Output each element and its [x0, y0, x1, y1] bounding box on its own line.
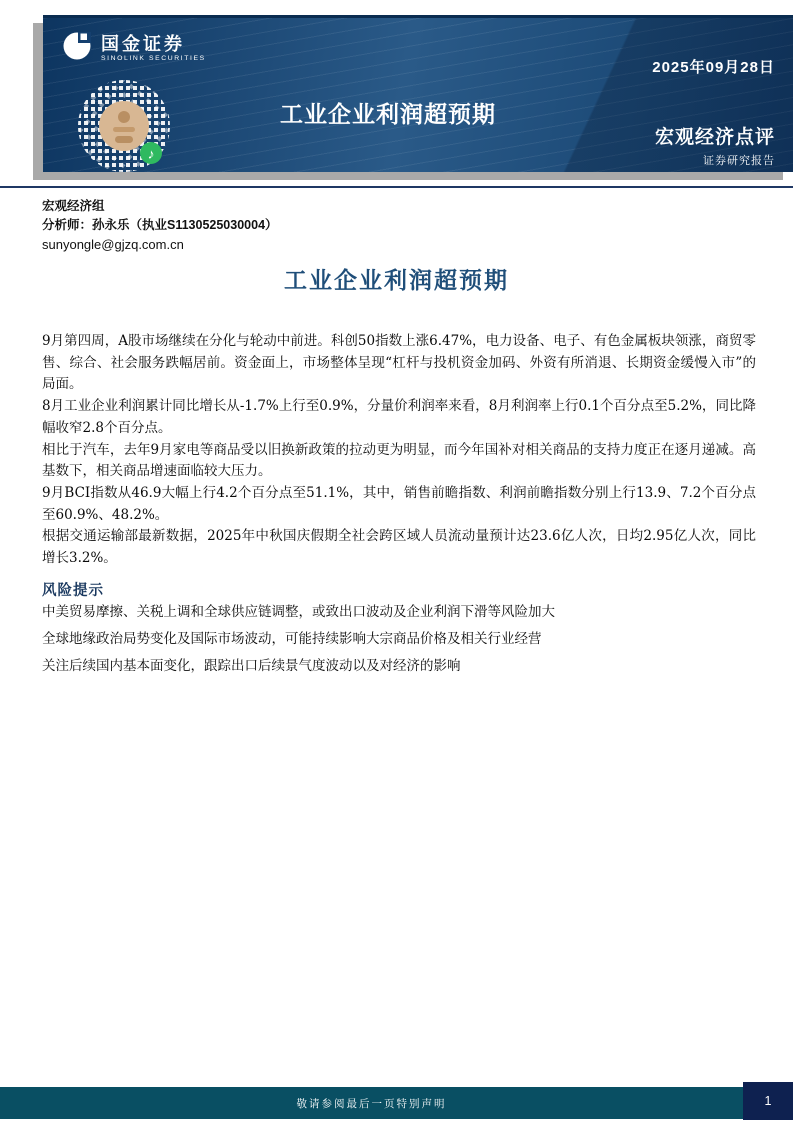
- document-body: 9月第四周，A股市场继续在分化与轮动中前进。科创50指数上涨6.47%，电力设备…: [42, 331, 756, 677]
- risk-item: 全球地缘政治局势变化及国际市场波动，可能持续影响大宗商品价格及相关行业经营: [42, 629, 756, 650]
- company-logo: 国金证券 SINOLINK SECURITIES: [61, 30, 206, 67]
- report-subtype-label: 证券研究报告: [703, 152, 775, 168]
- paragraph: 根据交通运输部最新数据，2025年中秋国庆假期全社会跨区域人员流动量预计达23.…: [42, 526, 756, 569]
- paragraph: 9月BCI指数从46.9大幅上行4.2个百分点至51.1%，其中，销售前瞻指数、…: [42, 483, 756, 526]
- report-type-label: 宏观经济点评: [655, 122, 775, 149]
- header-divider: [0, 186, 793, 188]
- banner-title: 工业企业利润超预期: [43, 96, 733, 129]
- paragraph: 8月工业企业利润累计同比增长从-1.7%上行至0.9%，分量价利润率来看，8月利…: [42, 396, 756, 439]
- analyst-email-link[interactable]: sunyongle@gjzq.com.cn: [42, 237, 184, 252]
- risk-item: 关注后续国内基本面变化，跟踪出口后续景气度波动以及对经济的影响: [42, 656, 756, 677]
- logo-name-en: SINOLINK SECURITIES: [101, 54, 206, 63]
- footer-disclaimer-bar: 敬请参阅最后一页特别声明: [0, 1087, 743, 1119]
- risk-section-heading: 风险提示: [42, 581, 756, 603]
- sinolink-logo-icon: [61, 30, 93, 67]
- report-page: 国金证券 SINOLINK SECURITIES 2025年09月28日: [0, 0, 793, 1122]
- risk-item: 中美贸易摩擦、关税上调和全球供应链调整，或致出口波动及企业利润下滑等风险加大: [42, 602, 756, 623]
- header-banner: 国金证券 SINOLINK SECURITIES 2025年09月28日: [43, 15, 793, 172]
- paragraph: 9月第四周，A股市场继续在分化与轮动中前进。科创50指数上涨6.47%，电力设备…: [42, 331, 756, 396]
- analyst-block: 宏观经济组 分析师：孙永乐（执业S1130525030004） sunyongl…: [42, 197, 278, 255]
- page-number-badge: 1: [743, 1082, 793, 1120]
- footer-disclaimer-text: 敬请参阅最后一页特别声明: [297, 1096, 447, 1111]
- logo-name-cn: 国金证券: [101, 35, 206, 54]
- page-number: 1: [765, 1094, 772, 1108]
- report-date: 2025年09月28日: [652, 56, 775, 77]
- paragraph: 相比于汽车，去年9月家电等商品受以旧换新政策的拉动更为明显，而今年国补对相关商品…: [42, 440, 756, 483]
- green-note-icon: ♪: [140, 142, 162, 164]
- svg-text:♪: ♪: [148, 146, 155, 162]
- analyst-name-line: 分析师：孙永乐（执业S1130525030004）: [42, 216, 278, 235]
- analyst-team: 宏观经济组: [42, 197, 278, 216]
- document-title: 工业企业利润超预期: [0, 262, 793, 295]
